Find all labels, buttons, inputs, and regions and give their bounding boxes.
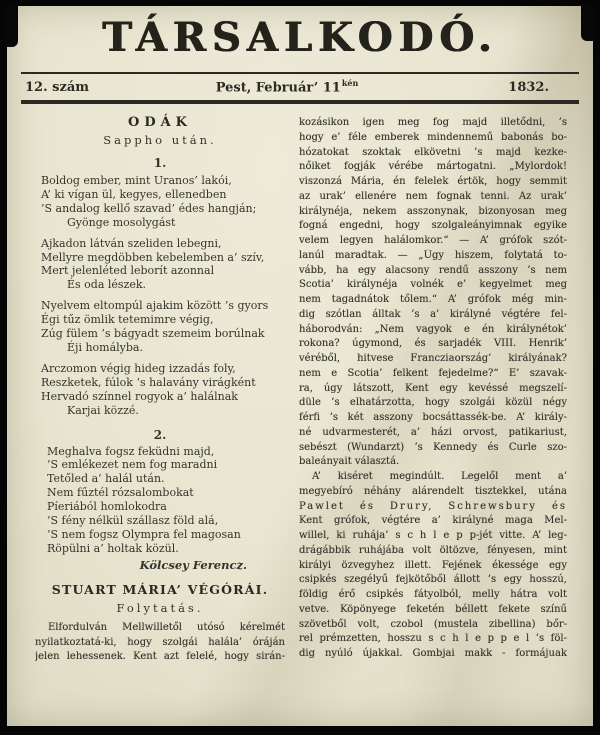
poem-2: Meghalva fogsz feküdni majd,’S emlékezet… bbox=[35, 445, 285, 556]
text-line: Zúg fülem ’s bágyadt szemeim borúlnak bbox=[41, 327, 285, 341]
text-line: dig szótlan álltak ’s a’ királyné végtér… bbox=[299, 308, 567, 323]
text-line: hogy e’ féle emberek mindennemű babonás … bbox=[299, 131, 567, 146]
article-paragraph: Elfordulván Mellwilletől utósó kérelmétn… bbox=[35, 621, 285, 665]
poem-signature: Kölcsey Ferencz. bbox=[35, 559, 285, 572]
text-line: jelen lehessenek. Kent azt felelé, hogy … bbox=[35, 650, 285, 665]
text-line: nem e Scotia’ felkent fejedelme?“ E’ sza… bbox=[299, 367, 567, 382]
text-line: Nyelvem eltompúl ajakim között ’s gyors bbox=[41, 299, 285, 313]
text-line: királynéja, nekem asszonynak, bizonyosan… bbox=[299, 205, 567, 220]
date-superscript: kén bbox=[342, 78, 358, 88]
text-line: háborodván: „Nem vagyok e én királynétok… bbox=[299, 323, 567, 338]
scan-artifact-top-right bbox=[581, 5, 594, 41]
poem-2-number: 2. bbox=[35, 429, 285, 441]
newspaper-page: TÁRSALKODÓ. 12. szám Pest, Február’ 11ké… bbox=[7, 6, 593, 726]
text-line: Mellyre megdöbben kebelemben a’ szív, bbox=[41, 251, 285, 265]
text-line: baleányait választá. bbox=[299, 455, 567, 470]
text-line: Éji homályba. bbox=[41, 341, 285, 355]
text-line: Nem fűztél rózsalombokat bbox=[47, 486, 285, 500]
poem-stanza: Arczomon végig hideg izzadás foly,Reszke… bbox=[41, 362, 285, 418]
text-line: velem legyen halálomkor.“ — A’ grófok sz… bbox=[299, 234, 567, 249]
text-line: ’S andalog kellő szavad’ édes hangján; bbox=[41, 202, 285, 216]
text-line: csipkés szegélyű fejkötőből állott ’s eg… bbox=[299, 573, 567, 588]
text-line: dig nyúló újakkal. Gombjai makk - formáj… bbox=[299, 647, 567, 662]
issue-number: 12. szám bbox=[25, 80, 216, 95]
text-line: Reszketek, fúlok ’s halavány virágként bbox=[41, 376, 285, 390]
text-line: A’ ki vígan ül, kegyes, ellenedben bbox=[41, 188, 285, 202]
text-line: Mert jelenléted leborít azonnal bbox=[41, 264, 285, 278]
text-line: férfi ’s két asszony bocsáttassék-be. A’… bbox=[299, 411, 567, 426]
columns: ODÁK Sappho után. 1. Boldog ember, mint … bbox=[7, 104, 593, 665]
text-line: földig érő csipkés fátyolból, melly hátr… bbox=[299, 588, 567, 603]
text-line: Tetőled a’ halál után. bbox=[47, 472, 285, 486]
poem-stanza: Boldog ember, mint Uranos’ lakói,A’ ki v… bbox=[41, 174, 285, 230]
text-line: Elfordulván Mellwilletől utósó kérelmét bbox=[35, 621, 285, 636]
text-line: Meghalva fogsz feküdni majd, bbox=[47, 445, 285, 459]
text-line: Karjai közzé. bbox=[41, 404, 285, 418]
dateline: 12. szám Pest, Február’ 11kén 1832. bbox=[7, 78, 593, 95]
text-line: királyi özvegyhez illett. Fejének ékessé… bbox=[299, 559, 567, 574]
text-line: Égi tűz ömlik tetemimre végig, bbox=[41, 313, 285, 327]
text-line: hózatokat szoktak elkövetni ’s majd kezk… bbox=[299, 146, 567, 161]
year: 1832. bbox=[358, 80, 575, 95]
place-date-text: Pest, Február’ 11 bbox=[216, 80, 341, 95]
text-line: nyilatkoztatá-ki, hogy szolgái halála’ ó… bbox=[35, 636, 285, 651]
article-subtitle: Folytatás. bbox=[35, 602, 285, 614]
text-line: Boldog ember, mint Uranos’ lakói, bbox=[41, 174, 285, 188]
poem-stanza: Nyelvem eltompúl ajakim között ’s gyorsÉ… bbox=[41, 299, 285, 355]
poem-1: Boldog ember, mint Uranos’ lakói,A’ ki v… bbox=[35, 174, 285, 418]
text-line: ’S nem fogsz Olympra fel magosan bbox=[47, 528, 285, 542]
text-line: vetve. Köpönyege feketén béllett fekete … bbox=[299, 603, 567, 618]
page-header: TÁRSALKODÓ. 12. szám Pest, Február’ 11ké… bbox=[7, 6, 593, 104]
text-line: drágábbik ruhájába volt öltözve, fényese… bbox=[299, 544, 567, 559]
section-title: ODÁK bbox=[35, 116, 285, 130]
text-line: Kent grófok, végtére a’ királyné maga Me… bbox=[299, 514, 567, 529]
text-line: megyebíró néhány alárendelt tisztekkel, … bbox=[299, 485, 567, 500]
poem-stanza: Ajkadon látván szeliden lebegni,Mellyre … bbox=[41, 237, 285, 293]
text-line: viszonzá Mária, én felelek értök, hogy s… bbox=[299, 175, 567, 190]
text-line: Píeriából homlokodra bbox=[47, 500, 285, 514]
text-line: Röpülni a’ holtak közül. bbox=[47, 542, 285, 556]
text-line: fogná engedni, hogy szolgaleányimnak egy… bbox=[299, 219, 567, 234]
text-line: lanúl maradtak. — „Úgy hiszem, folytatá … bbox=[299, 249, 567, 264]
text-line: willel, ki ruhája’ s c h l e p p-jét vit… bbox=[299, 529, 567, 544]
text-line: véréből, hitvese Francziaország’ királyá… bbox=[299, 352, 567, 367]
text-line: nőiket fogják vérébe mártogatni. „Mylord… bbox=[299, 160, 567, 175]
article-title: STUART MÁRIA’ VÉGÓRÁI. bbox=[35, 583, 285, 597]
text-line: Gyönge mosolygást bbox=[41, 216, 285, 230]
text-line: sebészt (Wundarzt) ’s Kennedy és Curle s… bbox=[299, 441, 567, 456]
text-line: ’S emlékezet nem fog maradni bbox=[47, 458, 285, 472]
text-line: rel prémzetten, hosszu s c h l e p p e l… bbox=[299, 632, 567, 647]
text-line: né udvarmesterét, a’ házi orvost, patika… bbox=[299, 426, 567, 441]
text-line: az urak’ ellenére nem fognak tenni. Az u… bbox=[299, 190, 567, 205]
scan-artifact-top-left bbox=[6, 5, 18, 47]
text-line: nem tagadnátok tőlem.“ A’ grófok még min… bbox=[299, 293, 567, 308]
poem-1-number: 1. bbox=[35, 157, 285, 169]
text-line: Ajkadon látván szeliden lebegni, bbox=[41, 237, 285, 251]
left-column: ODÁK Sappho után. 1. Boldog ember, mint … bbox=[35, 116, 285, 665]
header-rule-top bbox=[21, 72, 579, 74]
text-line: ’S fény nélkül szállasz föld alá, bbox=[47, 514, 285, 528]
text-line: szövetből volt, czobol (mustela zibellin… bbox=[299, 618, 567, 633]
text-line: düle ’s elhatárzotta, hogy szolgái közül… bbox=[299, 396, 567, 411]
text-line: Arczomon végig hideg izzadás foly, bbox=[41, 362, 285, 376]
text-line: Pawlet és Drury, Schrewsbury és bbox=[299, 500, 567, 515]
right-column: kozásikon igen meg fog majd illetődni, ’… bbox=[299, 116, 567, 665]
text-line: rokona? úgymond, és sarjadék VIII. Henri… bbox=[299, 337, 567, 352]
dateline-place-date: Pest, Február’ 11kén bbox=[216, 78, 359, 95]
section-subtitle: Sappho után. bbox=[35, 134, 285, 146]
text-line: Scotia’ királynéja volnék e’ kegyelmet m… bbox=[299, 278, 567, 293]
text-line: kozásikon igen meg fog majd illetődni, ’… bbox=[299, 116, 567, 131]
text-line: A’ kiséret megindúlt. Legelől ment a’ bbox=[299, 470, 567, 485]
text-line: ra, úgy látszott, Kent egy kevéssé megsz… bbox=[299, 382, 567, 397]
text-line: vább, ha egy alacsony rendű asszony ’s n… bbox=[299, 264, 567, 279]
text-line: És oda lészek. bbox=[41, 278, 285, 292]
masthead-title: TÁRSALKODÓ. bbox=[7, 6, 593, 61]
text-line: Hervadó színnel rogyok a’ halálnak bbox=[41, 390, 285, 404]
